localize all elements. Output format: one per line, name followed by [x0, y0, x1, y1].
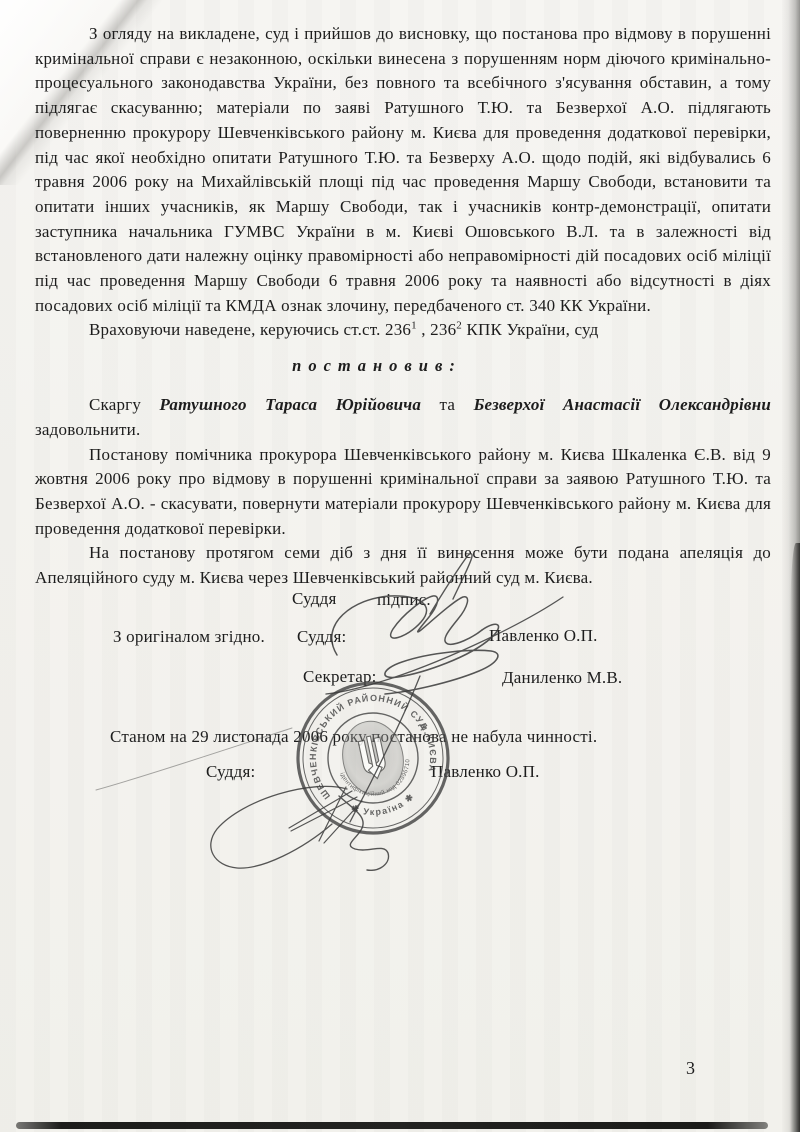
legal-basis-mid: , 236	[417, 320, 456, 339]
signature-stroke-trunk	[350, 676, 420, 822]
paragraph-conclusion-text: З огляду на викладене, суд і прийшов до …	[35, 24, 771, 315]
paragraph-conclusion: З огляду на викладене, суд і прийшов до …	[35, 22, 771, 318]
complainant-name-1: Ратушного Тараса Юрійовича	[160, 395, 422, 414]
scan-edge-bottom	[16, 1122, 768, 1129]
paragraph-legal-basis: Враховуючи наведене, керуючись ст.ст. 23…	[35, 318, 771, 343]
signature-stroke-diagonal	[326, 597, 563, 694]
signature-flourish	[60, 545, 620, 885]
signature-stroke-curl	[339, 796, 388, 870]
ruling1-conjunction: та	[421, 395, 473, 414]
page-number: 3	[686, 1058, 695, 1079]
signature-stroke-bottom-ellipse	[211, 786, 347, 868]
signature-stroke-thin-curve	[96, 728, 292, 790]
legal-basis-prefix: Враховуючи наведене, керуючись ст.ст. 23…	[89, 320, 411, 339]
legal-basis-suffix: КПК України, суд	[462, 320, 599, 339]
ruling1-suffix: задовольнити.	[35, 420, 140, 439]
ruling2-text: Постанову помічника прокурора Шевченківс…	[35, 445, 771, 538]
paragraph-ruling-1: Скаргу Ратушного Тараса Юрійовича та Без…	[35, 393, 771, 442]
document-body: З огляду на викладене, суд і прийшов до …	[35, 22, 771, 591]
complainant-name-2: Безверхої Анастасії Олександрівни	[474, 395, 771, 414]
scanned-court-document-page: З огляду на викладене, суд і прийшов до …	[0, 0, 800, 1132]
signature-stroke-loops	[332, 596, 482, 655]
scan-edge-right-dark	[790, 543, 800, 1132]
paragraph-ruling-2: Постанову помічника прокурора Шевченківс…	[35, 443, 771, 542]
ruling-heading: постановив:	[9, 356, 745, 376]
signature-stroke-fan-lines	[289, 787, 362, 843]
ruling1-prefix: Скаргу	[89, 395, 160, 414]
